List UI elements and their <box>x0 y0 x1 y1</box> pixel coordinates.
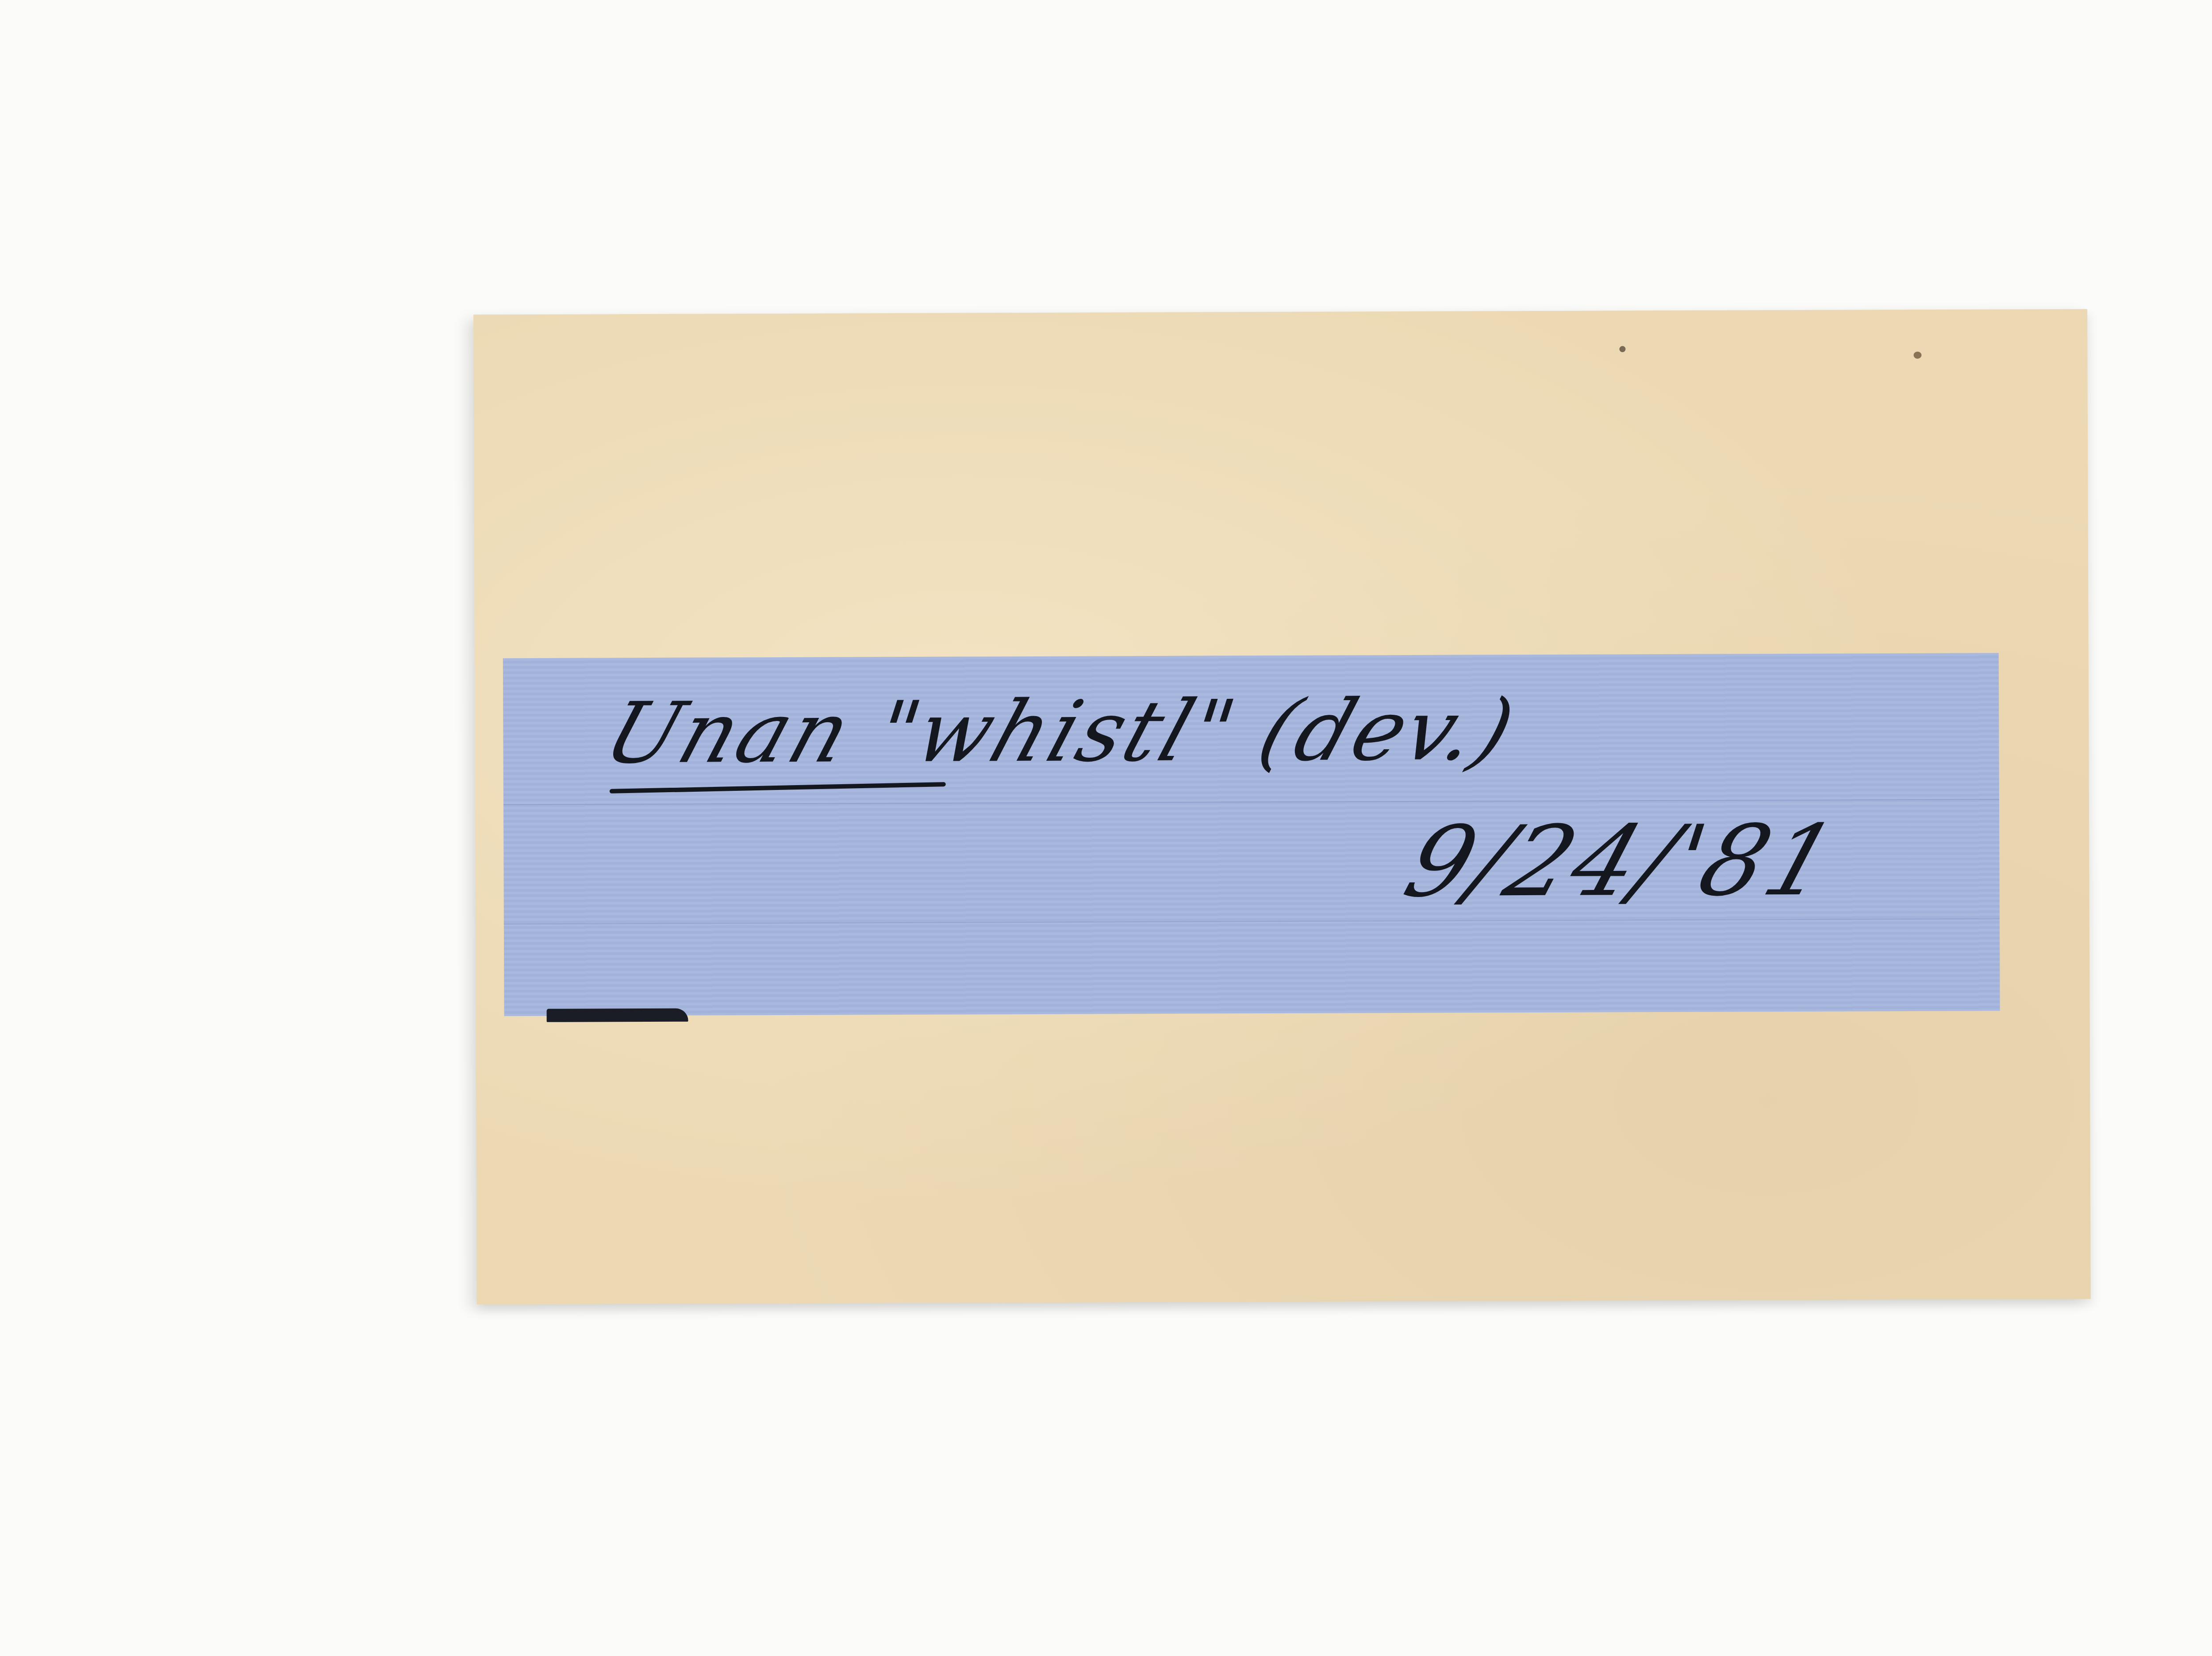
handwritten-date: 9/24/'81 <box>1392 804 1852 919</box>
blue-paper-strip: Unan "whistl" (dev.) 9/24/'81 <box>503 653 2000 1016</box>
ink-mark <box>547 1008 688 1022</box>
paper-speck <box>1619 346 1625 352</box>
paper-speck <box>1913 352 1921 359</box>
manila-card: Unan "whistl" (dev.) 9/24/'81 <box>473 309 2091 1305</box>
ruled-line <box>504 918 2000 924</box>
handwritten-title: Unan "whistl" (dev.) <box>594 681 1528 782</box>
title-underline <box>610 782 946 793</box>
